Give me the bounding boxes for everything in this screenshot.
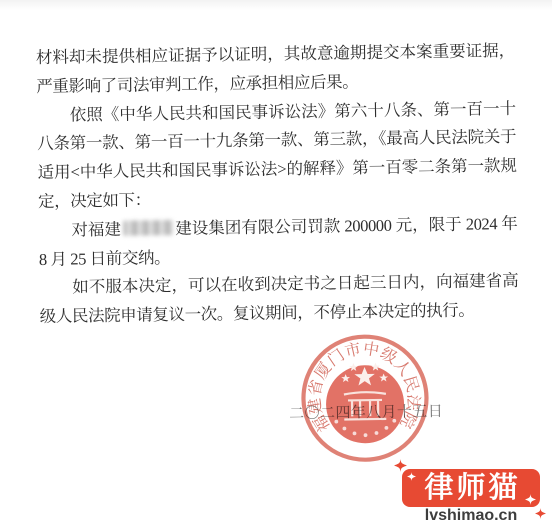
watermark-site: lvshimao.cn xyxy=(402,507,540,525)
scanned-document: 材料却未提供相应证据予以证明，其故意逾期提交本案重要证据，严重影响了司法审判工作… xyxy=(0,0,552,526)
watermark-badge: 律师猫 xyxy=(402,469,540,507)
national-emblem-icon xyxy=(325,362,404,444)
paragraph-legal-basis: 依照《中华人民共和国民事诉讼法》第六十八条、第一百一十八条第一款、第一百一十九条… xyxy=(37,95,518,217)
penalty-prefix: 对福建 xyxy=(71,220,121,240)
sparkle-icon xyxy=(525,494,536,505)
sparkle-icon xyxy=(407,472,416,481)
paragraph-consequence: 材料却未提供相应证据予以证明，其故意逾期提交本案重要证据，严重影响了司法审判工作… xyxy=(36,37,516,102)
redacted-company-name xyxy=(123,220,173,236)
watermark-brand: 律师猫 xyxy=(421,474,520,503)
paragraph-penalty: 对福建建设集团有限公司罚款 200000 元，限于 2024 年 8 月 25 … xyxy=(38,210,518,275)
document-page: { "page": { "background": "#ffffff" }, "… xyxy=(0,0,552,526)
document-body: 材料却未提供相应证据予以证明，其故意逾期提交本案重要证据，严重影响了司法审判工作… xyxy=(36,37,519,332)
